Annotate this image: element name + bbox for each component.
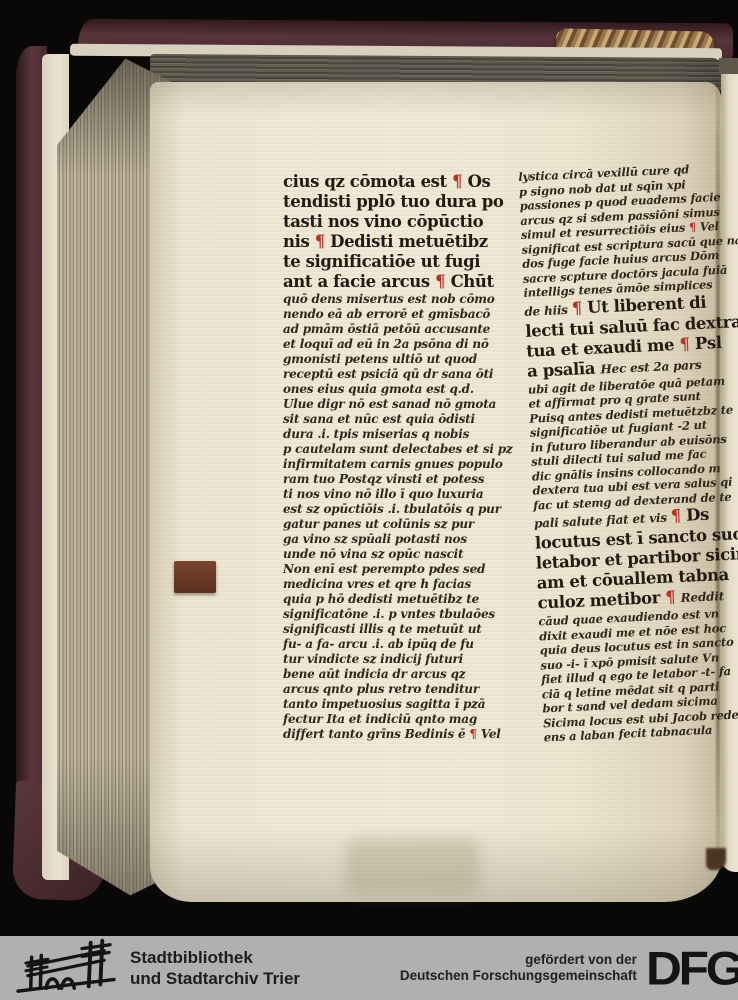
facing-page-top-edge [719,58,738,74]
library-logo-icon [14,936,118,1000]
text-column-right: lystica circā vexillū cure qdp signo nob… [518,161,738,745]
manuscript-line: dura .i. tpis miserias q nobis [283,427,499,442]
manuscript-line: te significatiōe ut fugi [283,252,499,272]
manuscript-line: arcus qnto plus retro tenditur [283,682,499,697]
manuscript-line: nis ¶ Dedisti metuētibz [283,232,499,252]
library-name: Stadtbibliothek und Stadtarchiv Trier [130,947,300,989]
manuscript-line: quō dens misertus est nob cōmo [283,292,499,307]
manuscript-line: tanto impetuosius sagitta ī pzā [283,697,499,712]
manuscript-line: tasti nos vino cōpūctio [283,212,499,232]
text-column-left: cius qz cōmota est ¶ Ostendisti pplō tuo… [283,172,499,742]
manuscript-line: significasti illis q te metuūt ut [283,622,499,637]
manuscript-line: fu- a fa- arcu .i. ab ipūq de fu [283,637,499,652]
manuscript-line: ones eius quia gmota est q.d. [283,382,499,397]
library-name-line2: und Stadtarchiv Trier [130,968,300,989]
manuscript-line: est sz opūctiōis .i. tbulatōis q pur [283,502,499,517]
manuscript-line: nendo eā ab errorē et gmīsbacō [283,307,499,322]
page-stain [345,838,480,896]
manuscript-line: bene aūt indicia dr arcus qz [283,667,499,682]
funding-line1: gefördert von der [400,952,637,968]
manuscript-line: ant a facie arcus ¶ Chūt [283,272,499,292]
manuscript-line: significatōne .i. p vntes tbulaōes [283,607,499,622]
manuscript-line: tendisti pplō tuo dura po [283,192,499,212]
manuscript-line: ram tuo Postqz vinsti et potess [283,472,499,487]
leather-tab-marker [174,561,216,593]
manuscript-line: ad pmām ōstiā petōū accusante [283,322,499,337]
manuscript-line: sit sana et nūc est quia ōdisti [283,412,499,427]
manuscript-line: receptū est psiciā qū dr sana ōti [283,367,499,382]
funding-line2: Deutschen Forschungsgemeinschaft [400,968,637,984]
manuscript-line: medicina vres et qre h facias [283,577,499,592]
manuscript-line: gmonisti petens ultiō ut quod [283,352,499,367]
manuscript-line: ti nos vino nō illo ī quo luxuria [283,487,499,502]
manuscript-line: gatur panes ut colūnis sz pur [283,517,499,532]
manuscript-line: Ulue digr nō est sanad nō gmota [283,397,499,412]
manuscript-line: fectur Ita et indiciū qnto mag [283,712,499,727]
manuscript-line: Non enī est perempto pdes sed [283,562,499,577]
manuscript-line: cius qz cōmota est ¶ Os [283,172,499,192]
manuscript-line: infirmitatem carnis gnues populo [283,457,499,472]
dfg-logo: DFG [646,937,738,998]
manuscript-line: unde nō vina sz opūc nascit [283,547,499,562]
gutter-corner-shadow [706,848,726,870]
manuscript-line: p cautelam sunt delectabes et si pz [283,442,499,457]
manuscript-line: ga vino sz spūali potasti nos [283,532,499,547]
manuscript-line: quia p hō dedisti metuētibz te [283,592,499,607]
funding-credit: gefördert von der Deutschen Forschungsge… [400,952,637,984]
manuscript-photo: cius qz cōmota est ¶ Ostendisti pplō tuo… [0,0,738,1000]
manuscript-line: tur vindicte sz indicij futuri [283,652,499,667]
manuscript-line: et loquī ad eū in 2a psōna di nō [283,337,499,352]
manuscript-line: differt tanto grīns Bedinis ē ¶ Vel [283,727,499,742]
footer-banner: Stadtbibliothek und Stadtarchiv Trier ge… [0,936,738,1000]
library-name-line1: Stadtbibliothek [130,947,300,968]
